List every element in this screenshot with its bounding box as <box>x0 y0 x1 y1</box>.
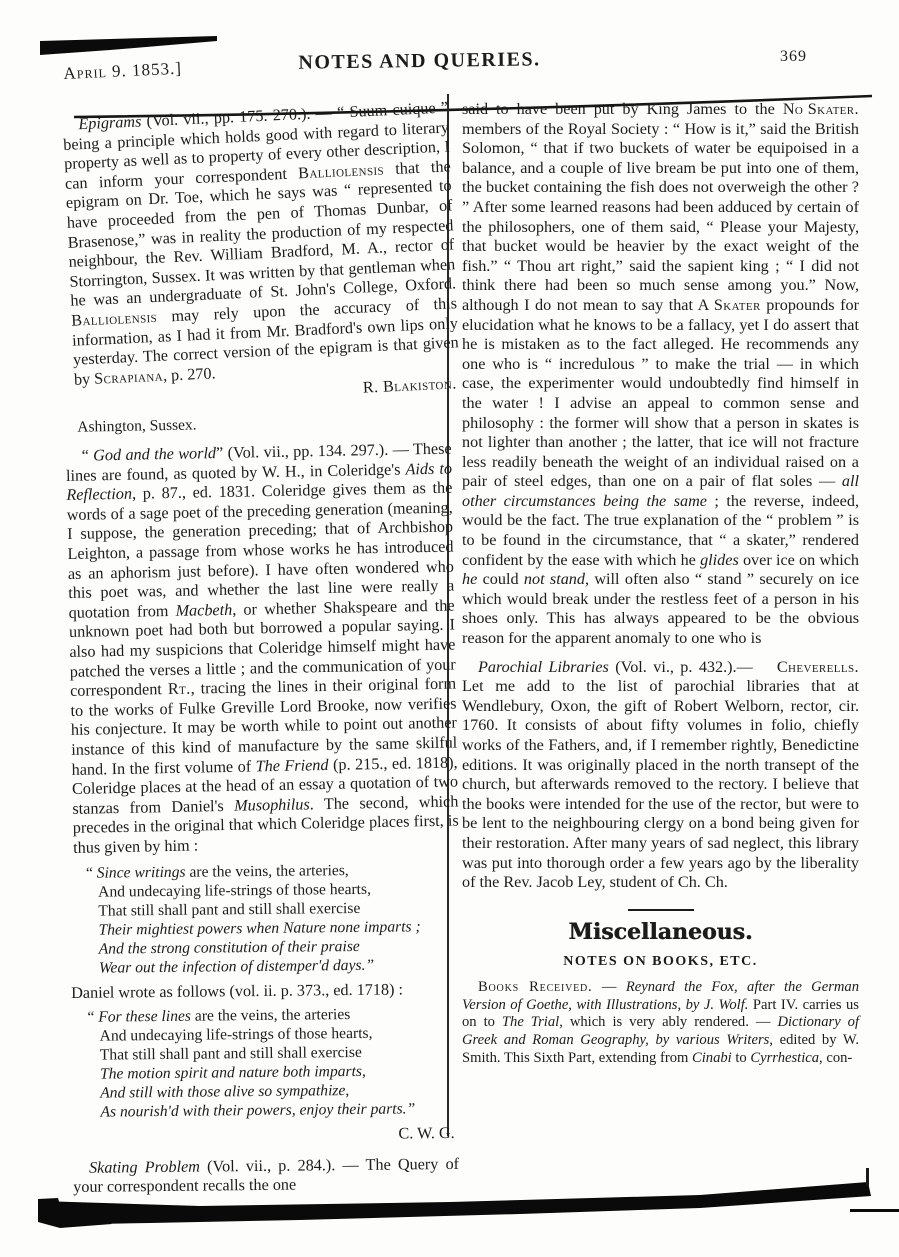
scanned-page: April 9. 1853.] NOTES AND QUERIES. 369 E… <box>0 0 899 1257</box>
scan-artifact-bottom-band <box>0 0 899 1257</box>
